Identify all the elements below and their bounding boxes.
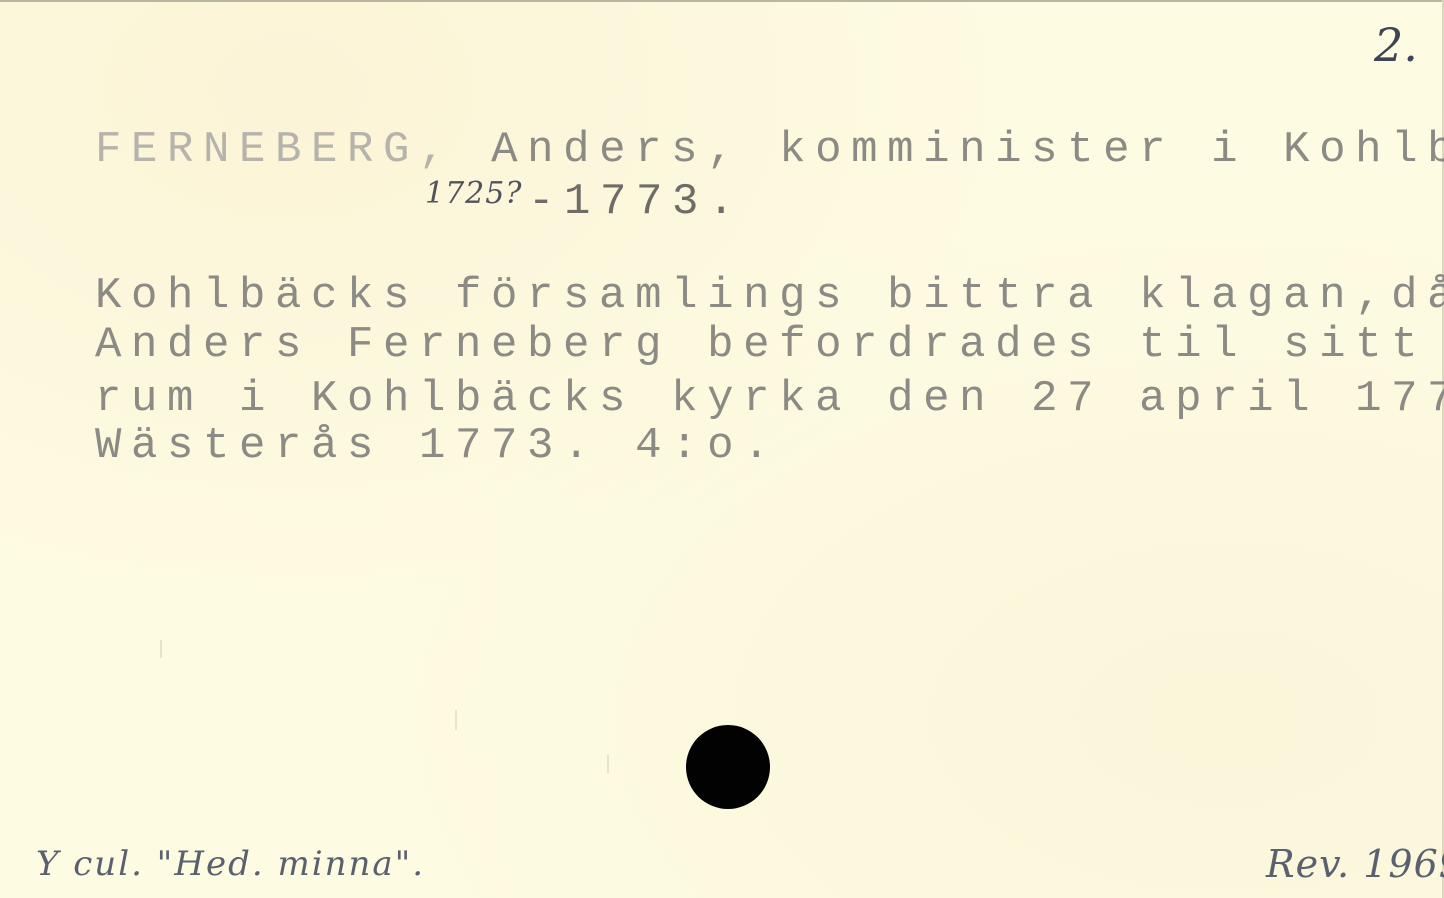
heading-forename: Anders, <box>491 125 743 175</box>
handwritten-note-left: Y cul. "Hed. minna". <box>36 844 425 884</box>
heading-surname: FERNEBERG, <box>95 125 455 175</box>
birth-year-handwritten: 1725? <box>425 176 522 211</box>
heading-title: komminister i Kohlbäck, <box>779 125 1444 175</box>
show-through-mark <box>160 640 162 658</box>
catalog-card: 2. FERNEBERG, Anders, komminister i Kohl… <box>0 0 1444 898</box>
punch-hole-icon <box>686 725 770 809</box>
show-through-mark <box>607 755 609 773</box>
show-through-mark <box>455 710 457 730</box>
body-line: Anders Ferneberg befordrades til sitt hw… <box>95 323 1444 367</box>
page-number: 2. <box>1374 18 1418 72</box>
heading-dates: -1773. <box>528 180 744 224</box>
body-line: Kohlbäcks församlings bittra klagan,då..… <box>95 274 1444 318</box>
body-line: rum i Kohlbäcks kyrka den 27 april 1773. <box>95 377 1444 421</box>
revision-note: Rev. 1969 <box>1266 842 1444 886</box>
card-top-edge <box>0 0 1444 2</box>
card-heading: FERNEBERG, Anders, komminister i Kohlbäc… <box>95 128 1444 172</box>
body-line: Wästerås 1773. 4:o. <box>95 424 779 468</box>
